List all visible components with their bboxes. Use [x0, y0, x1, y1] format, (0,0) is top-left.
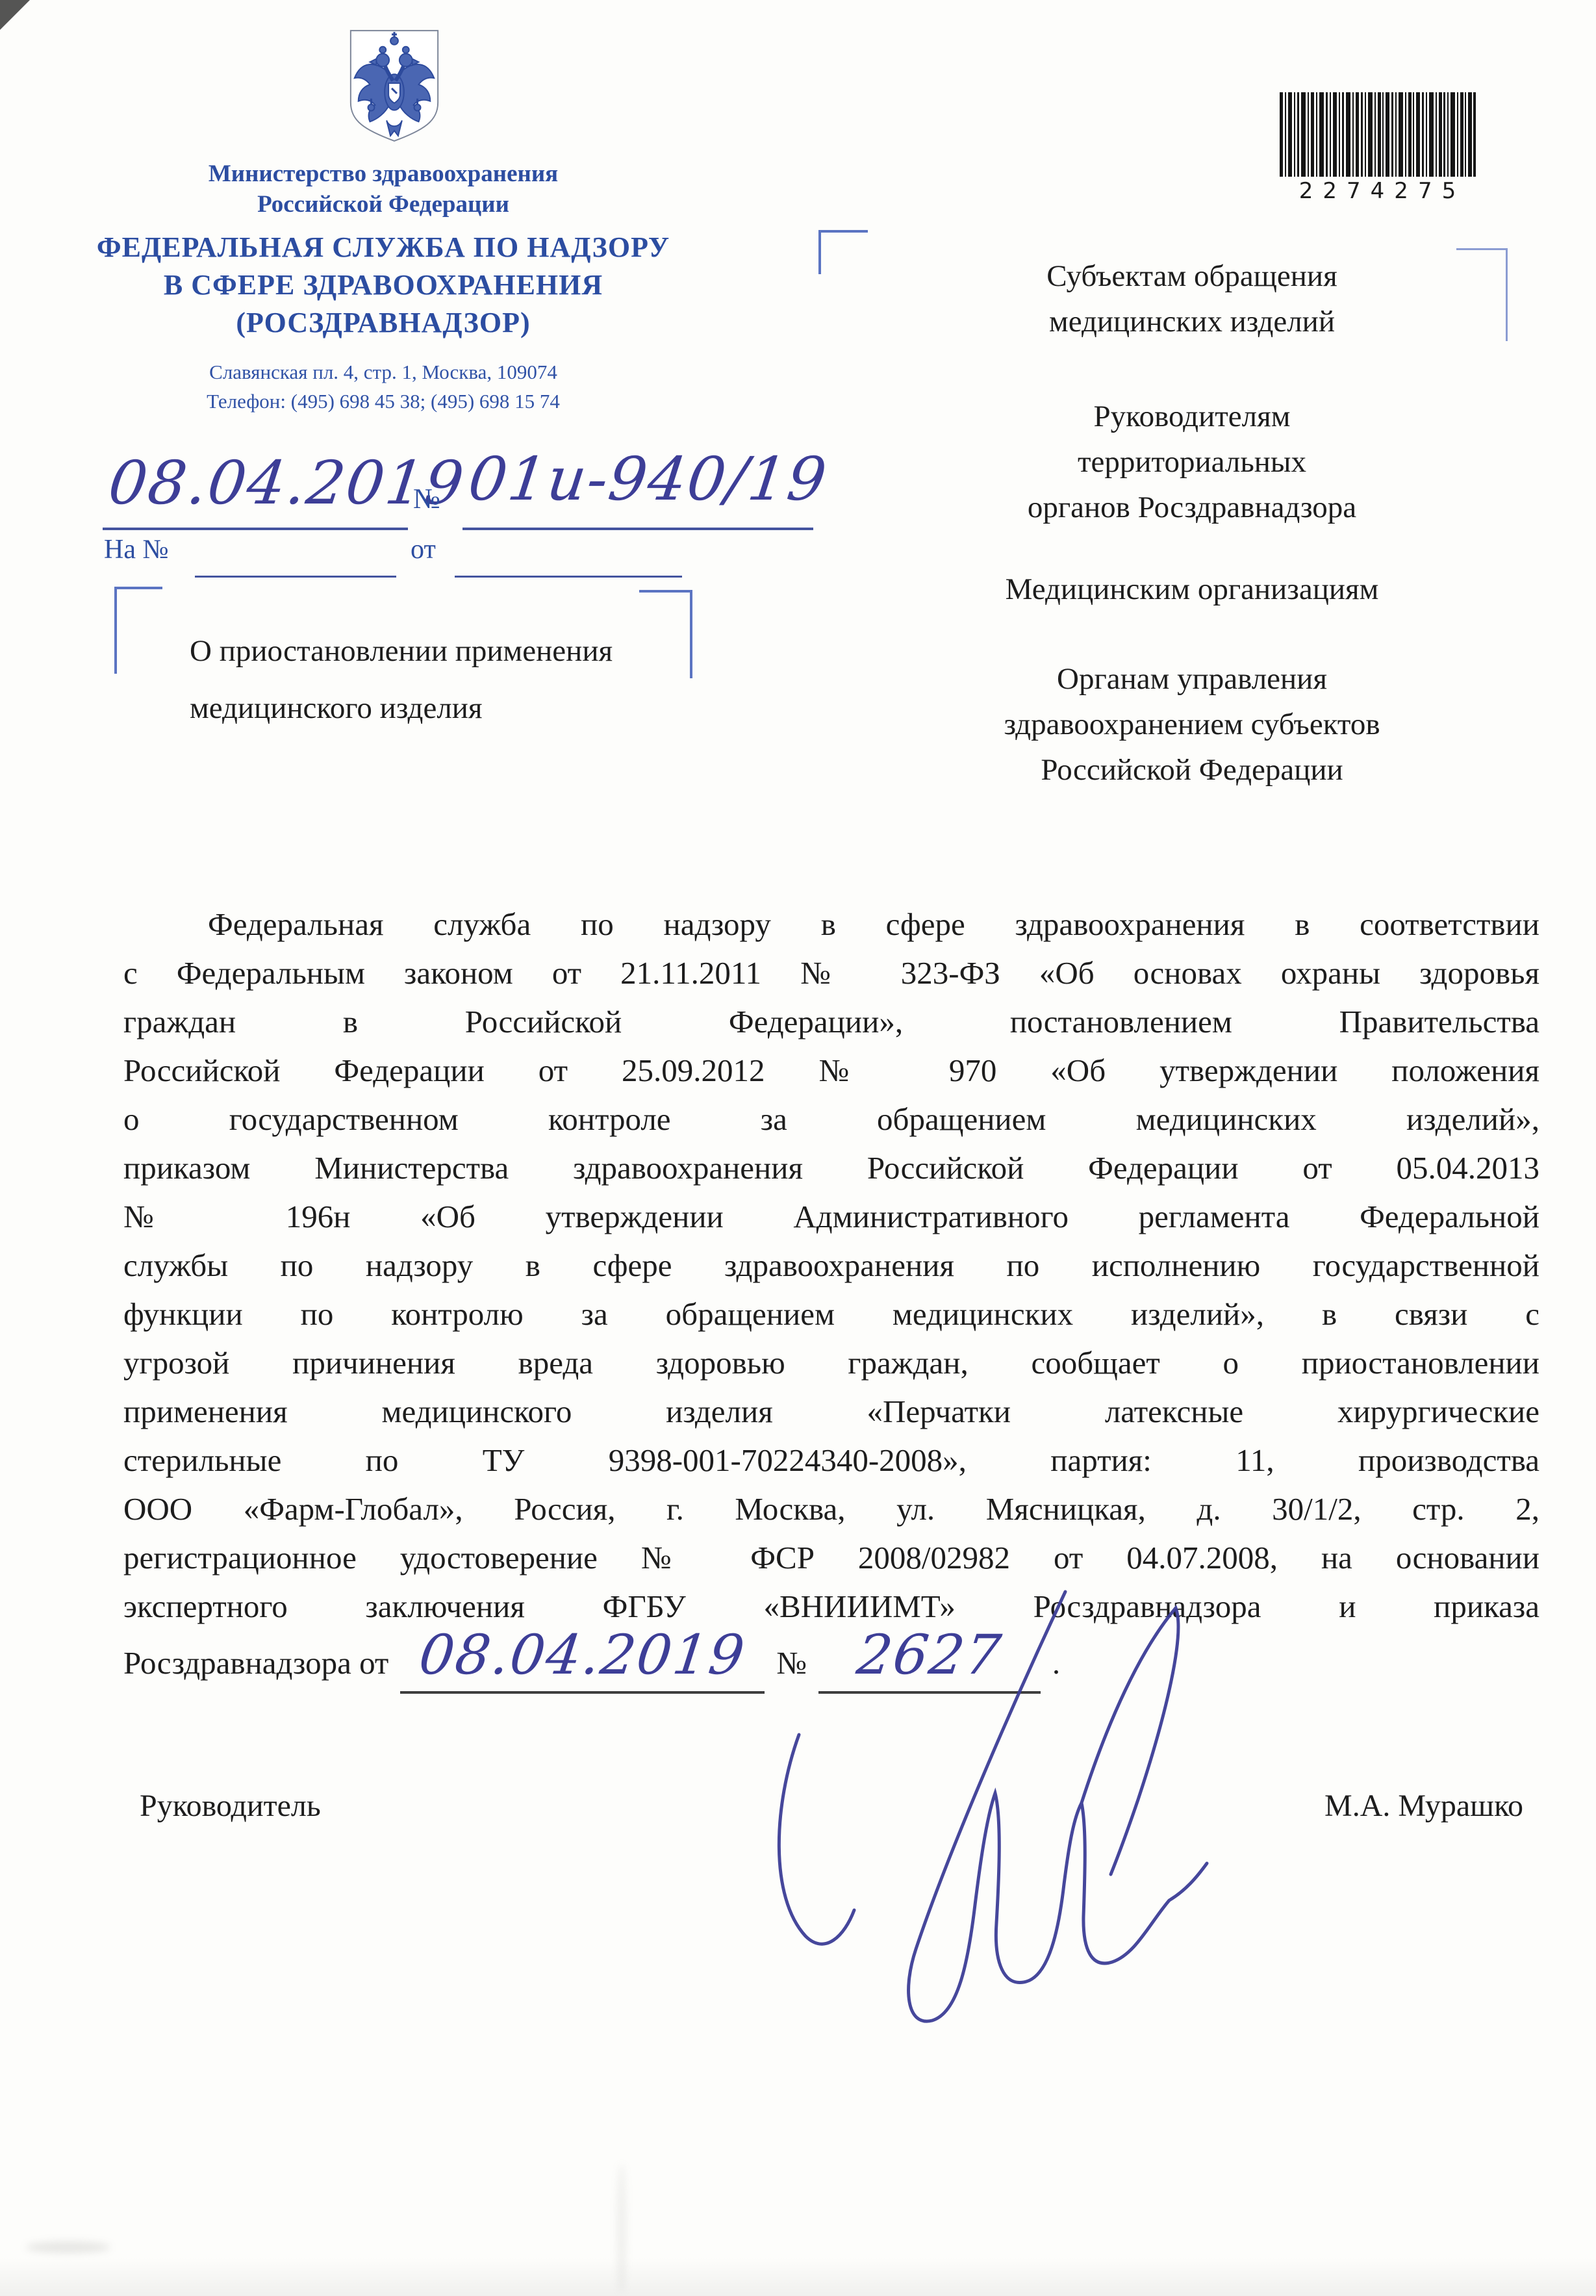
body-line: № 196н «Об утверждении Административного…	[123, 1192, 1539, 1241]
body-line: угрозой причинения вреда здоровью гражда…	[123, 1338, 1539, 1387]
handwritten-order-date: 08.04.2019	[417, 1631, 748, 1679]
coat-of-arms-emblem	[343, 26, 446, 147]
reply-from-label: от	[411, 534, 436, 565]
recipient-territorial-heads: Руководителям территориальных органов Ро…	[864, 394, 1520, 530]
body-line: о государственном контроле за обращением…	[123, 1095, 1539, 1143]
body-line: функции по контролю за обращением медици…	[123, 1290, 1539, 1338]
handwritten-outgoing-number: 01и-940/19	[464, 444, 831, 514]
barcode-number: 2274275	[1280, 178, 1478, 204]
number-symbol: №	[413, 482, 440, 515]
number-underline	[462, 528, 813, 530]
body-line: Федеральная служба по надзору в сфере зд…	[123, 900, 1539, 949]
signer-name: М.А. Мурашко	[1324, 1788, 1523, 1824]
reply-number-blank-line	[195, 576, 396, 578]
corner-mark-subject-right	[639, 590, 692, 678]
body-line: службы по надзору в сфере здравоохранени…	[123, 1241, 1539, 1290]
document-page: Министерство здравоохранения Российской …	[0, 0, 1596, 2296]
corner-mark-subject-left	[114, 587, 162, 674]
barcode-bars	[1280, 92, 1476, 177]
body-line: граждан в Российской Федерации», постано…	[123, 997, 1539, 1046]
service-name: ФЕДЕРАЛЬНАЯ СЛУЖБА ПО НАДЗОРУ В СФЕРЕ ЗД…	[71, 229, 695, 342]
body-line: приказом Министерства здравоохранения Ро…	[123, 1143, 1539, 1192]
signer-title: Руководитель	[140, 1788, 321, 1824]
body-line: стерильные по ТУ 9398-001-70224340-2008»…	[123, 1436, 1539, 1485]
reply-to-label: На №	[104, 534, 169, 565]
reply-date-blank-line	[455, 576, 682, 578]
recipient-medical-organizations: Медицинским организациям	[864, 567, 1520, 612]
scan-artifact	[617, 2163, 626, 2293]
body-line: с Федеральным законом от 21.11.2011 № 32…	[123, 949, 1539, 997]
subject-line: О приостановлении применения медицинског…	[190, 622, 613, 737]
barcode: 2274275	[1280, 92, 1478, 204]
body-line: Российской Федерации от 25.09.2012 № 970…	[123, 1046, 1539, 1095]
body-line: применения медицинского изделия «Перчатк…	[123, 1387, 1539, 1436]
recipient-subjects-of-circulation: Субъектам обращения медицинских изделий	[864, 253, 1520, 344]
scan-fold-artifact	[0, 0, 30, 30]
recipient-health-authorities: Органам управления здравоохранением субъ…	[864, 656, 1520, 793]
signature-scrawl	[702, 1572, 1234, 2027]
corner-mark-recipient-left	[818, 230, 868, 274]
letterhead-address: Славянская пл. 4, стр. 1, Москва, 109074	[71, 357, 695, 387]
letterhead: Министерство здравоохранения Российской …	[71, 159, 695, 416]
ministry-name: Министерство здравоохранения Российской …	[71, 159, 695, 220]
body-line: ООО «Фарм-Глобал», Россия, г. Москва, ул…	[123, 1485, 1539, 1533]
last-line-prefix: Росздравнадзора от	[123, 1639, 388, 1687]
letterhead-phone: Телефон: (495) 698 45 38; (495) 698 15 7…	[71, 387, 695, 416]
date-underline	[103, 528, 408, 530]
scan-artifact	[26, 2241, 110, 2253]
